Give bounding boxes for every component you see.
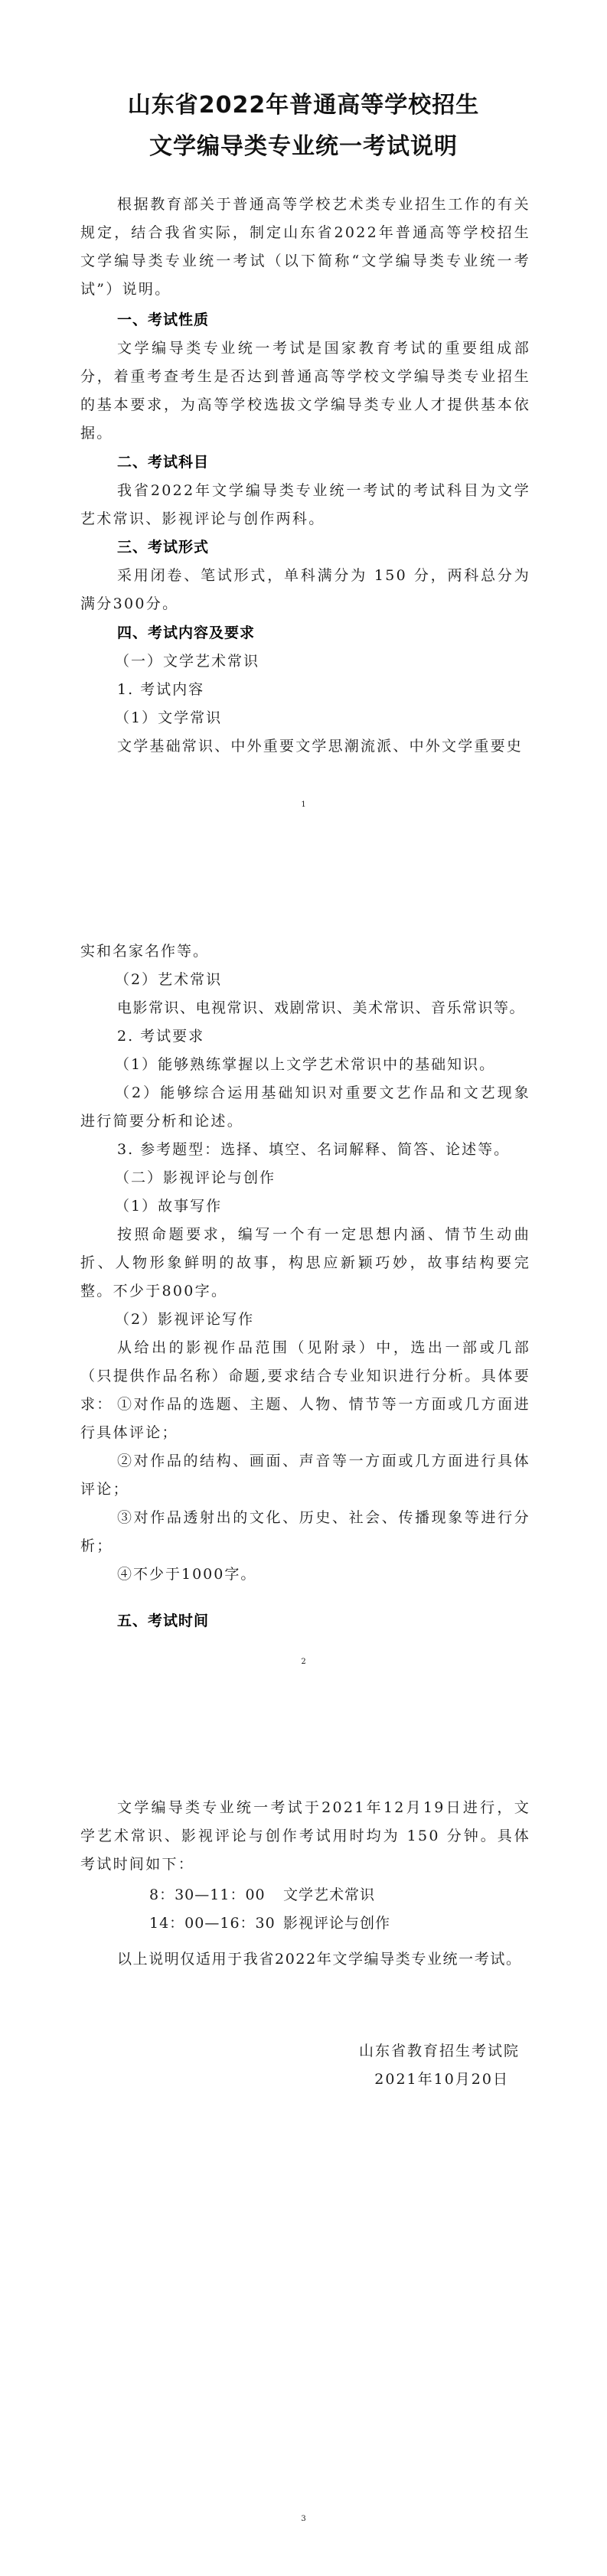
issue-date: 2021年10月20日 xyxy=(374,2066,509,2094)
document-title-line-2: 文学编导类专业统一考试说明 xyxy=(0,127,607,161)
schedule-subject: 文学艺术常识 xyxy=(283,1886,375,1903)
schedule-time: 8：30—11：00 xyxy=(149,1881,283,1909)
schedule-row-2: 14：00—16：30影视评论与创作 xyxy=(149,1909,390,1938)
film-review-requirement-4: ④不少于1000字。 xyxy=(117,1560,256,1589)
page-number-3: 3 xyxy=(0,2515,607,2523)
section-body-nature: 文学编导类专业统一考试是国家教育考试的重要组成部分，着重考查考生是否达到普通高等… xyxy=(80,334,530,448)
literature-knowledge-body-cont: 实和名家名作等。 xyxy=(80,937,209,966)
item-exam-requirements: 2. 考试要求 xyxy=(117,1022,204,1051)
section-body-subjects: 我省2022年文学编导类专业统一考试的考试科目为文学艺术常识、影视评论与创作两科… xyxy=(80,477,530,533)
subsection-literature-art: （一）文学艺术常识 xyxy=(115,647,259,676)
requirement-2: （2）能够综合运用基础知识对重要文艺作品和文艺现象进行简要分析和论述。 xyxy=(80,1079,530,1136)
schedule-row-1: 8：30—11：00文学艺术常识 xyxy=(149,1881,375,1909)
story-writing-body: 按照命题要求，编写一个有一定思想内涵、情节生动曲折、人物形象鲜明的故事，构思应新… xyxy=(80,1221,530,1306)
item-art-knowledge: （2）艺术常识 xyxy=(115,966,222,994)
intro-paragraph: 根据教育部关于普通高等学校艺术类专业招生工作的有关规定，结合我省实际，制定山东省… xyxy=(80,191,530,304)
section-heading-content: 四、考试内容及要求 xyxy=(117,619,255,647)
page-number-1: 1 xyxy=(0,801,607,809)
schedule-time: 14：00—16：30 xyxy=(149,1909,283,1938)
section-heading-exam-time: 五、考试时间 xyxy=(117,1607,209,1635)
section-body-format: 采用闭卷、笔试形式，单科满分为 150 分，两科总分为满分300分。 xyxy=(80,562,530,618)
art-knowledge-body: 电影常识、电视常识、戏剧常识、美术常识、音乐常识等。 xyxy=(117,994,525,1022)
film-review-requirement-3: ③对作品透射出的文化、历史、社会、传播现象等进行分析； xyxy=(80,1504,530,1560)
issuing-organization: 山东省教育招生考试院 xyxy=(359,2037,520,2066)
item-exam-content: 1. 考试内容 xyxy=(117,676,204,704)
section-heading-nature: 一、考试性质 xyxy=(117,306,209,334)
item-question-types: 3. 参考题型：选择、填空、名词解释、简答、论述等。 xyxy=(117,1136,510,1164)
requirement-1: （1）能够熟练掌握以上文学艺术常识中的基础知识。 xyxy=(115,1051,495,1079)
schedule-subject: 影视评论与创作 xyxy=(283,1915,390,1932)
section-heading-format: 三、考试形式 xyxy=(117,533,209,562)
document-title-line-1: 山东省2022年普通高等学校招生 xyxy=(0,86,607,119)
subsection-film-review: （二）影视评论与创作 xyxy=(115,1164,276,1192)
section-heading-subjects: 二、考试科目 xyxy=(117,448,209,477)
page-number-2: 2 xyxy=(0,1658,607,1666)
item-literature-knowledge: （1）文学常识 xyxy=(115,704,222,732)
film-review-requirement-1: ①对作品的选题、主题、人物、情节等一方面或几方面进行具体评论； xyxy=(80,1391,530,1447)
item-story-writing: （1）故事写作 xyxy=(115,1192,222,1221)
item-film-review-writing: （2）影视评论写作 xyxy=(115,1306,254,1334)
film-review-requirement-2: ②对作品的结构、画面、声音等一方面或几方面进行具体评论； xyxy=(80,1447,530,1504)
exam-time-body: 文学编导类专业统一考试于2021年12月19日进行，文学艺术常识、影视评论与创作… xyxy=(80,1794,530,1879)
applicability-note: 以上说明仅适用于我省2022年文学编导类专业统一考试。 xyxy=(117,1945,522,1974)
literature-knowledge-body: 文学基础常识、中外重要文学思潮流派、中外文学重要史 xyxy=(117,732,523,761)
